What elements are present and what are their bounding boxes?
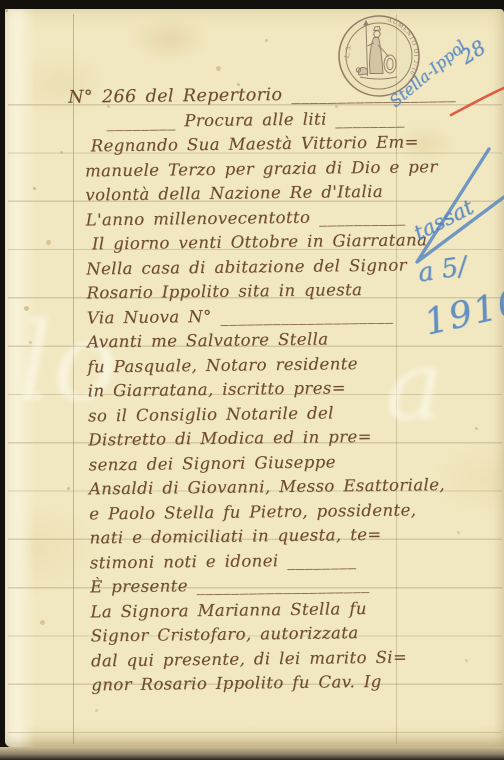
manuscript-text: N° 266 del Repertorio __________________…: [0, 80, 504, 699]
foxing-speckles: [5, 9, 8, 12]
scanned-notarial-document: lo a AUMENTO DI 2/10 L. 3. N° 266 del Re…: [0, 0, 504, 760]
paper-bottom-edge: [0, 747, 504, 760]
